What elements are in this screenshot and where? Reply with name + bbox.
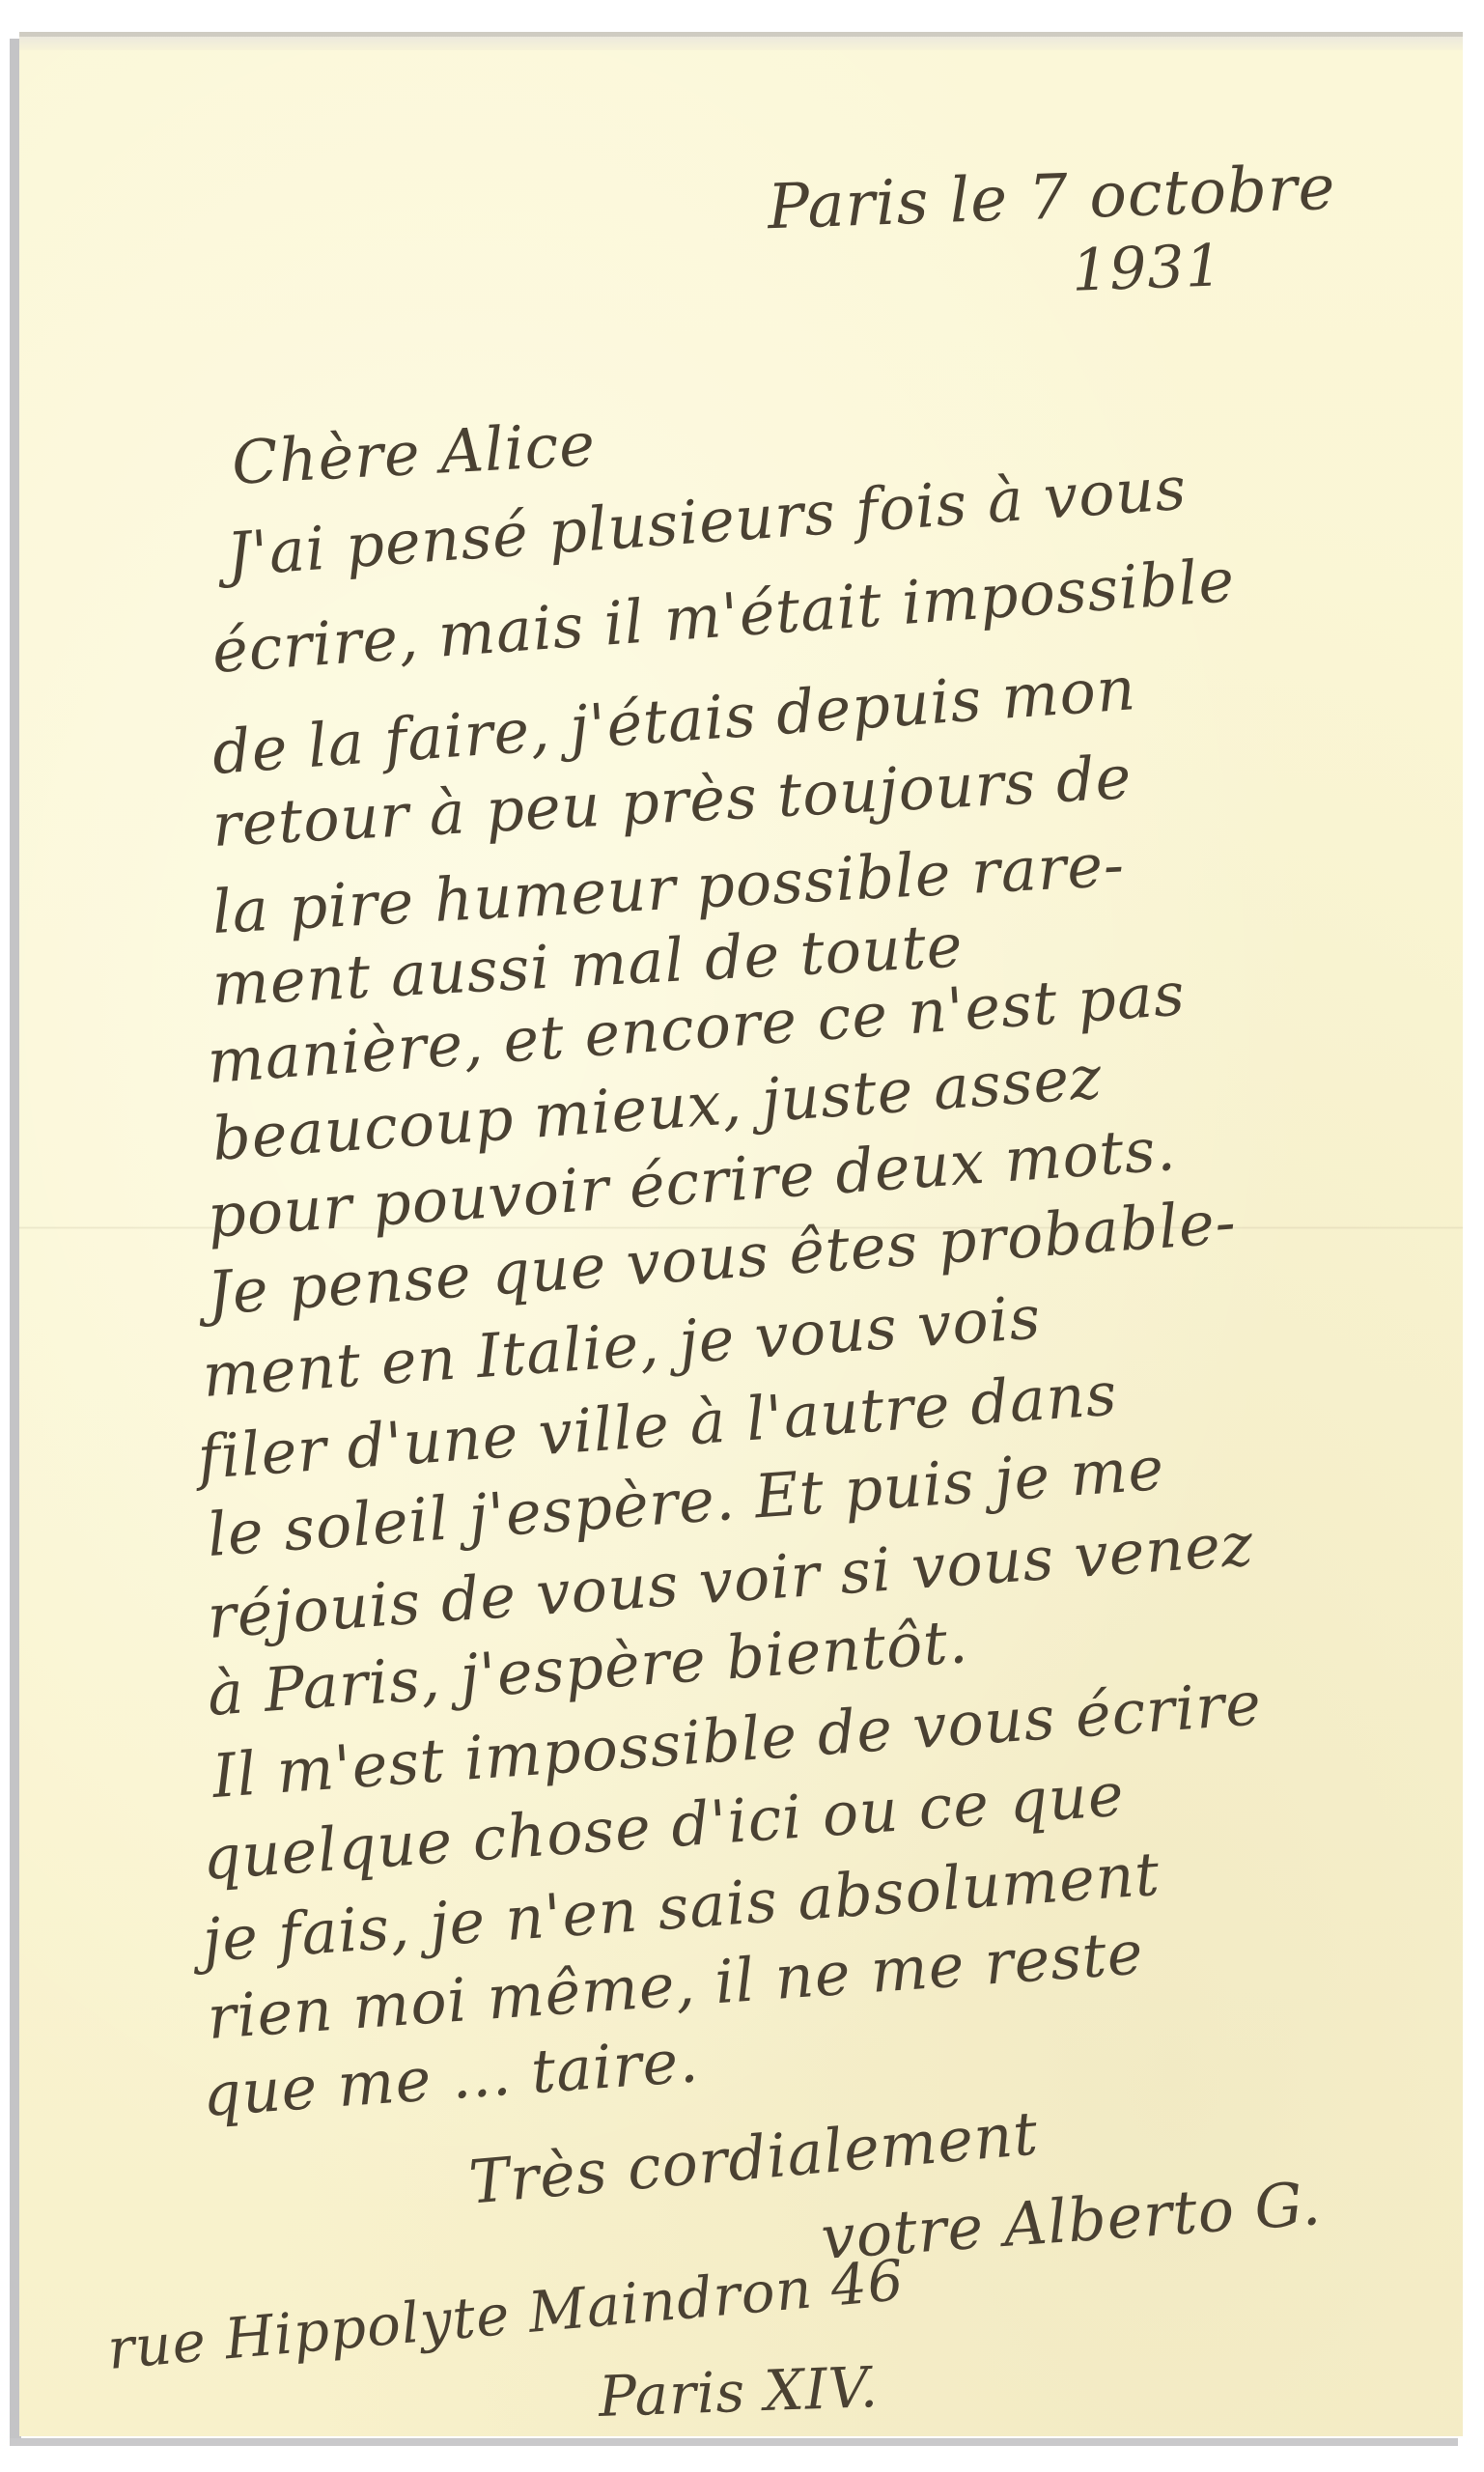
salutation: Chère Alice	[230, 408, 597, 498]
letter-page: Paris le 7 octobre 1931 Chère Alice J'ai…	[19, 37, 1463, 2436]
place-date: Paris le 7 octobre	[767, 153, 1337, 243]
year: 1931	[1071, 232, 1224, 304]
page-shadow-bottom	[10, 2438, 1458, 2446]
return-address-city: Paris XIV.	[598, 2354, 880, 2430]
paper-top-band	[19, 37, 1463, 50]
